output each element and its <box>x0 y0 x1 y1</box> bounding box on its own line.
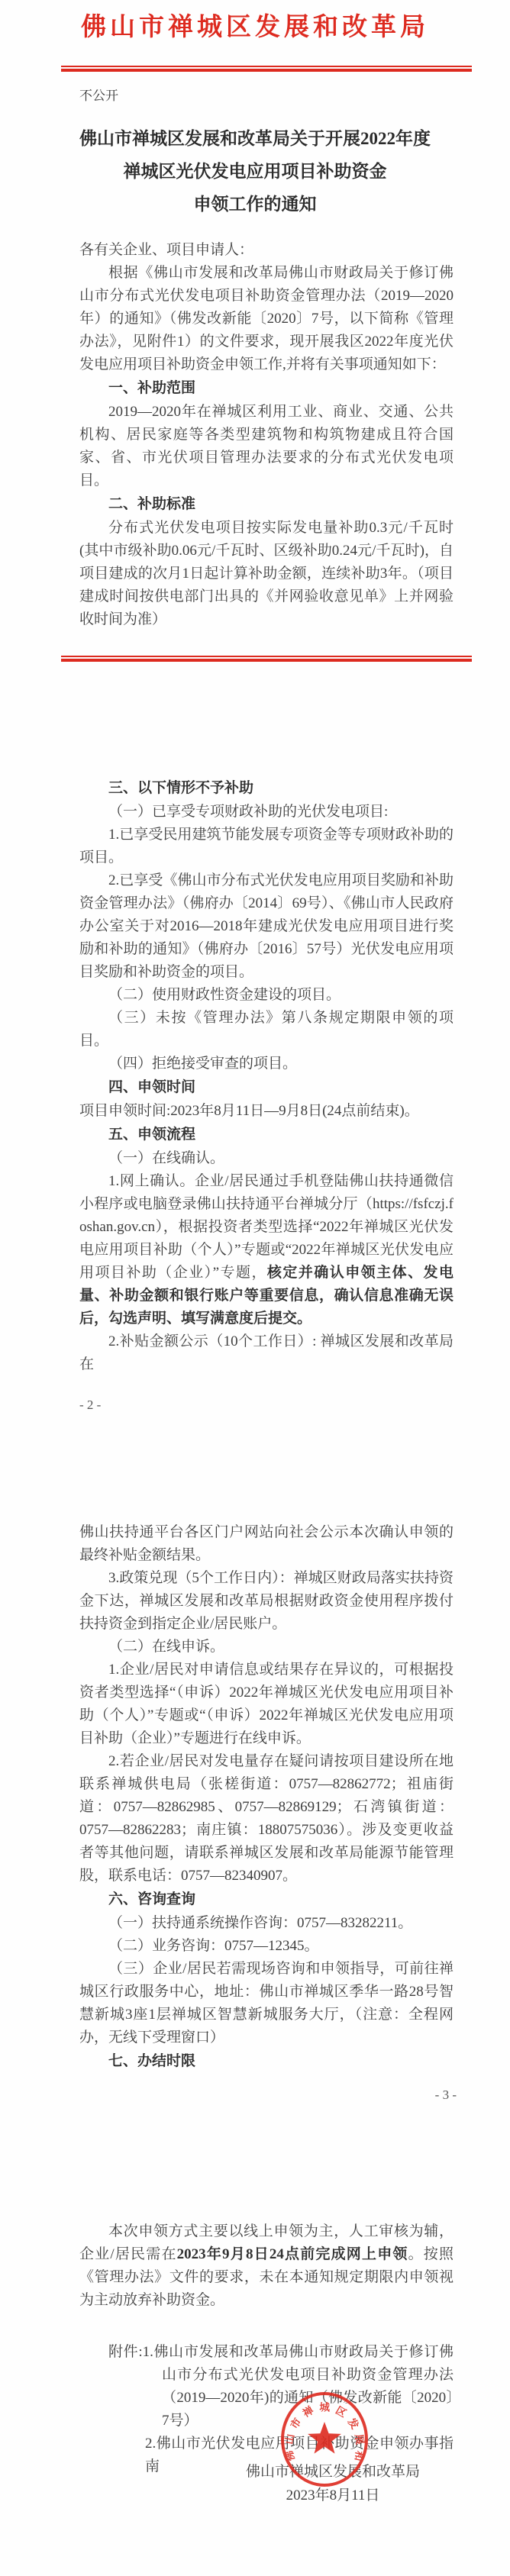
classification-label: 不公开 <box>79 87 510 105</box>
document-title-line1: 佛山市禅城区发展和改革局关于开展2022年度 <box>0 122 510 155</box>
page-divider-double-rule <box>61 656 472 662</box>
document-title-line2: 禅城区光伏发电应用项目补助资金 <box>0 155 510 188</box>
section5-step1: 1.网上确认。企业/居民通过手机登陆佛山扶持通微信小程序或电脑登录佛山扶持通平台… <box>79 1170 454 1330</box>
document-body-page3: 佛山扶持通平台各区门户网站向社会公示本次确认申领的最终补贴金额结果。 3.政策兑… <box>79 1521 454 2074</box>
document-body-page4: 本次申领方式主要以线上申领为主，人工审核为辅，企业/居民需在2023年9月8日2… <box>79 2220 454 2312</box>
section6-item3: （三）企业/居民若需现场咨询和申领指导，可前往禅城区行政服务中心，地址：佛山市禅… <box>79 1958 454 2049</box>
section4-heading: 四、申领时间 <box>79 1075 454 1100</box>
attachments-label: 附件: <box>108 2344 143 2360</box>
intro-paragraph: 根据《佛山市发展和改革局佛山市财政局关于修订佛山市分布式光伏发电项目补助资金管理… <box>79 262 454 376</box>
section2-paragraph: 分布式光伏发电项目按实际发电量补助0.3元/千瓦时(其中市级补助0.06元/千瓦… <box>79 517 454 631</box>
section1-paragraph: 2019—2020年在禅城区利用工业、商业、交通、公共机构、居民家庭等各类型建筑… <box>79 401 454 492</box>
section5-heading: 五、申领流程 <box>79 1123 454 1147</box>
closing-paragraph: 本次申领方式主要以线上申领为主，人工审核为辅，企业/居民需在2023年9月8日2… <box>79 2220 454 2312</box>
section5-appeal1: 1.企业/居民对申请信息或结果存在异议的，可根据投资者类型选择“（申诉）2022… <box>79 1659 454 1750</box>
page-gap <box>0 1414 510 1521</box>
section4-paragraph: 项目申领时间:2023年8月11日—9月8日(24点前结束)。 <box>79 1100 454 1123</box>
section3-item1-sub1: 1.已享受民用建筑节能发展专项资金等专项财政补助的项目。 <box>79 824 454 869</box>
document-body: 各有关企业、项目申请人： 根据《佛山市发展和改革局佛山市财政局关于修订佛山市分布… <box>79 239 454 631</box>
page-gap <box>0 662 510 776</box>
salutation: 各有关企业、项目申请人： <box>79 239 454 262</box>
letterhead-double-rule <box>61 66 472 72</box>
page-gap <box>0 2104 510 2220</box>
closing-deadline-bold: 2023年9月8日24点前完成网上申领 <box>177 2246 408 2262</box>
signature-agency: 佛山市禅城区发展和改革局 <box>246 2460 420 2484</box>
section3-item4: （四）拒绝接受审查的项目。 <box>79 1053 454 1075</box>
page-number-3: - 3 - <box>0 2086 457 2104</box>
section5-sub1: （一）在线确认。 <box>79 1147 454 1170</box>
official-notice-document: 佛山市禅城区发展和改革局 不公开 佛山市禅城区发展和改革局关于开展2022年度 … <box>0 0 510 2576</box>
section3-item2: （二）使用财政性资金建设的项目。 <box>79 984 454 1007</box>
section6-item2: （二）业务咨询：0757—12345。 <box>79 1935 454 1958</box>
section7-heading: 七、办结时限 <box>79 2049 454 2074</box>
section5-sub2: （二）在线申诉。 <box>79 1636 454 1659</box>
section5-step3: 3.政策兑现（5个工作日内）：禅城区财政局落实扶持资金下达，禅城区发展和改革局根… <box>79 1567 454 1636</box>
section5-step2-first-line: 2.补贴金额公示（10个工作日）: 禅城区发展和改革局在 <box>79 1330 454 1376</box>
section3-item1-sub2: 2.已享受《佛山市分布式光伏发电应用项目奖励和补助资金管理办法》（佛府办〔201… <box>79 869 454 984</box>
section2-heading: 二、补助标准 <box>79 492 454 517</box>
document-body-continued: 三、以下情形不予补助 （一）已享受专项财政补助的光伏发电项目: 1.已享受民用建… <box>79 776 454 1376</box>
section3-heading: 三、以下情形不予补助 <box>79 776 454 801</box>
letterhead-agency-name: 佛山市禅城区发展和改革局 <box>0 0 510 44</box>
section5-step2-continuation: 佛山扶持通平台各区门户网站向社会公示本次确认申领的最终补贴金额结果。 <box>79 1521 454 1567</box>
page-number-2: - 2 - <box>79 1396 510 1414</box>
section3-item1: （一）已享受专项财政补助的光伏发电项目: <box>79 801 454 824</box>
section6-heading: 六、咨询查询 <box>79 1888 454 1912</box>
attachment-item-1: 附件:1.佛山市发展和改革局佛山市财政局关于修订佛山市分布式光伏发电项目补助资金… <box>108 2341 454 2433</box>
attachments-block: 附件:1.佛山市发展和改革局佛山市财政局关于修订佛山市分布式光伏发电项目补助资金… <box>108 2341 454 2478</box>
section1-heading: 一、补助范围 <box>79 376 454 401</box>
document-title-line3: 申领工作的通知 <box>0 188 510 221</box>
document-title: 佛山市禅城区发展和改革局关于开展2022年度 禅城区光伏发电应用项目补助资金 申… <box>0 122 510 221</box>
section6-item1: （一）扶持通系统操作咨询：0757—83282211。 <box>79 1912 454 1935</box>
section3-item3: （三）未按《管理办法》第八条规定期限申领的项目。 <box>79 1007 454 1053</box>
signature-block: 佛山市禅城区发展和改革局 2023年8月11日 <box>246 2460 420 2507</box>
section5-appeal2: 2.若企业/居民对发电量存在疑问请按项目建设所在地联系禅城供电局（张槎街道：07… <box>79 1750 454 1888</box>
signature-date: 2023年8月11日 <box>246 2484 420 2507</box>
attachment-1-text: 1.佛山市发展和改革局佛山市财政局关于修订佛山市分布式光伏发电项目补助资金管理办… <box>143 2344 454 2429</box>
